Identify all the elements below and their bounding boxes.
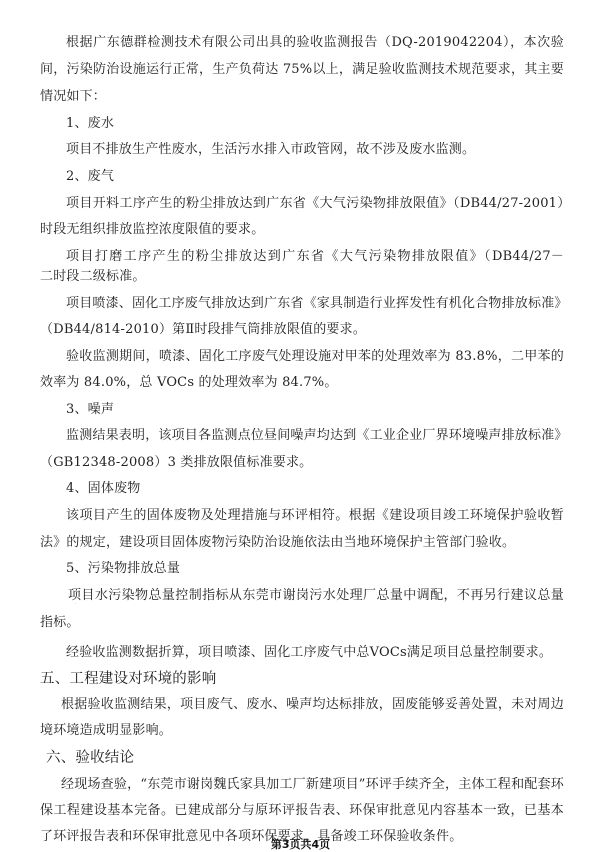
subheading-wastewater: 1、废水 (66, 116, 564, 132)
subheading-noise: 3、噪声 (66, 402, 564, 418)
subheading-exhaust-gas: 2、废气 (66, 169, 564, 185)
page-number-footer: 第3页共4页 (0, 836, 601, 852)
intro-paragraph-line-3: 情况如下： (40, 89, 564, 105)
grinding-dust-paragraph-line-1: 项目打磨工序产生的粉尘排放达到广东省《大气污染物排放限值》（DB44/27－20… (66, 249, 564, 265)
section-heading-acceptance-conclusion: 六、验收结论 (46, 749, 570, 767)
cutting-dust-paragraph-line-1: 项目开料工序产生的粉尘排放达到广东省《大气污染物排放限值》（DB44/27-20… (66, 196, 564, 212)
total-control-paragraph-line-1: 项目水污染物总量控制指标从东莞市谢岗污水处理厂总量中调配，不再另行建议总量控制 (68, 588, 564, 604)
efficiency-paragraph-line-2: 效率为 84.0%，总 VOCs 的处理效率为 84.7%。 (40, 375, 564, 391)
total-control-paragraph-line-2: 指标。 (40, 615, 564, 631)
grinding-dust-paragraph-line-2: 二时段二级标准。 (40, 269, 564, 285)
wastewater-paragraph: 项目不排放生产性废水，生活污水排入市政管网，故不涉及废水监测。 (66, 142, 564, 158)
document-page: 根据广东德群检测技术有限公司出具的验收监测报告（DQ-2019042204），本… (0, 0, 601, 852)
noise-paragraph-line-1: 监测结果表明，该项目各监测点位昼间噪声均达到《工业企业厂界环境噪声排放标准》 (66, 428, 564, 444)
solid-waste-paragraph-line-1: 该项目产生的固体废物及处理措施与环评相符。根据《建设项目竣工环境保护验收暂行办 (66, 508, 564, 524)
subheading-total-emissions: 5、污染物排放总量 (66, 561, 564, 577)
cutting-dust-paragraph-line-2: 时段无组织排放监控浓度限值的要求。 (40, 222, 564, 238)
solid-waste-paragraph-line-2: 法》的规定，建设项目固体废物污染防治设施依法由当地环境保护主管部门验收。 (40, 535, 564, 551)
noise-paragraph-line-2: （GB12348-2008）3 类排放限值标准要求。 (40, 455, 564, 471)
intro-paragraph-line-2: 间，污染防治设施运行正常，生产负荷达 75%以上，满足验收监测技术规范要求，其主… (40, 62, 564, 78)
impact-paragraph-line-2: 境环境造成明显影响。 (40, 723, 564, 739)
conclusion-paragraph-line-1: 经现场查验，“东莞市谢岗魏氏家具加工厂新建项目”环评手续齐全，主体工程和配套环 (61, 777, 564, 793)
painting-gas-paragraph-line-1: 项目喷漆、固化工序废气排放达到广东省《家具制造行业挥发性有机化合物排放标准》 (66, 296, 564, 312)
painting-gas-paragraph-line-2: （DB44/814-2010）第Ⅱ时段排气筒排放限值的要求。 (40, 322, 564, 338)
conclusion-paragraph-line-2: 保工程建设基本完备。已建成部分与原环评报告表、环保审批意见内容基本一致，已基本落… (40, 803, 564, 819)
section-heading-environmental-impact: 五、工程建设对环境的影响 (40, 670, 564, 688)
intro-paragraph-line-1: 根据广东德群检测技术有限公司出具的验收监测报告（DQ-2019042204），本… (66, 35, 564, 51)
efficiency-paragraph-line-1: 验收监测期间，喷漆、固化工序废气处理设施对甲苯的处理效率为 83.8%，二甲苯的… (66, 349, 564, 365)
subheading-solid-waste: 4、固体废物 (66, 481, 564, 497)
vocs-total-paragraph: 经验收监测数据折算，项目喷漆、固化工序废气中总VOCs满足项目总量控制要求。 (66, 645, 564, 661)
impact-paragraph-line-1: 根据验收监测结果，项目废气、废水、噪声均达标排放，固废能够妥善处置，未对周边环 (61, 697, 564, 713)
